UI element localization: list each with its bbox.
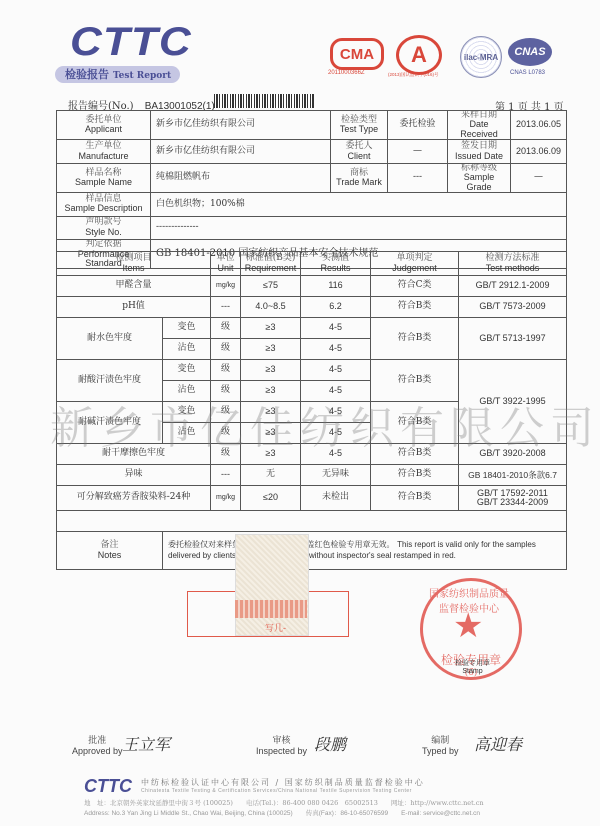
method-cell: GB/T 3922-1995	[459, 360, 567, 444]
manufacture-label: 生产单位Manufacture	[57, 140, 151, 164]
sample-name-value: 纯棉阻燃帆布	[151, 163, 331, 192]
unit-cell: 级	[211, 444, 241, 465]
requirement-cell: ≥3	[241, 423, 301, 444]
cnas-caption: CNAS L0783	[510, 70, 545, 76]
result-cell: 116	[301, 276, 371, 297]
footer-cttc-logo: CTTC	[84, 776, 132, 797]
header-items: 检测项目Items	[57, 252, 211, 276]
judgement-cell: 符合B类	[371, 465, 459, 486]
table-row: 样品信息Sample Description 白色机织物；100%棉	[57, 193, 567, 217]
sample-description-value: 白色机织物；100%棉	[151, 193, 567, 217]
judgement-cell: 符合C类	[371, 276, 459, 297]
judgement-cell: 符合B类	[371, 444, 459, 465]
typed-signature: 高迎春	[474, 732, 522, 755]
sub-item: 变色	[163, 318, 211, 339]
style-no-label: 声明款号Style No.	[57, 216, 151, 240]
result-cell: 无异味	[301, 465, 371, 486]
inspected-by-label: 审核Inspected by	[256, 733, 307, 756]
report-title-cn: 检验报告	[65, 68, 109, 81]
client-value: —	[388, 140, 448, 164]
sub-item: 沾色	[163, 339, 211, 360]
table-row: 可分解致癌芳香胺染料-24种 mg/kg ≤20 未检出 符合B类 GB/T 1…	[57, 486, 567, 511]
judgement-cell: 符合B类	[371, 402, 459, 444]
ilac-mra-seal-icon: ilac-MRA	[460, 36, 502, 78]
sample-grade-label: 标称等级Sample Grade	[448, 163, 511, 192]
item-ph: pH值	[57, 297, 211, 318]
requirement-cell: ≥3	[241, 402, 301, 423]
requirement-cell: 4.0~8.5	[241, 297, 301, 318]
fabric-sample-label-band	[235, 600, 307, 618]
method-cell: GB 18401-2010条款6.7	[459, 465, 567, 486]
cnas-seal-icon: CNAS	[508, 38, 552, 66]
sub-item: 变色	[163, 402, 211, 423]
table-row: 异味 --- 无 无异味 符合B类 GB 18401-2010条款6.7	[57, 465, 567, 486]
unit-cell: mg/kg	[211, 276, 241, 297]
unit-cell: 级	[211, 423, 241, 444]
requirement-cell: 无	[241, 465, 301, 486]
requirement-cell: ≤75	[241, 276, 301, 297]
typed-by-label: 编制Typed by	[422, 733, 459, 756]
requirement-cell: ≥3	[241, 381, 301, 402]
tag-handwriting: 写几-	[265, 621, 286, 634]
result-cell: 未检出	[301, 486, 371, 511]
item-water-fastness: 耐水色牢度	[57, 318, 163, 360]
table-row: 耐酸汗渍色牢度 变色 级 ≥3 4-5 符合B类 GB/T 3922-1995	[57, 360, 567, 381]
footer-address-cn: 地 址：北京朝外英家坟延静里中街３号 (100025) 电话(Tel.)：86-…	[84, 798, 484, 807]
sample-photo-row	[57, 511, 567, 532]
item-formaldehyde: 甲醛含量	[57, 276, 211, 297]
method-cell: GB/T 5713-1997	[459, 318, 567, 360]
item-acid-perspiration: 耐酸汗渍色牢度	[57, 360, 163, 402]
trade-mark-label: 商标Trade Mark	[331, 163, 388, 192]
requirement-cell: ≥3	[241, 360, 301, 381]
star-icon: ★	[453, 609, 483, 643]
footer-address-en: Address: No.3 Yan Jing Li Middle St., Ch…	[84, 808, 480, 817]
notes-text: 委托检验仅对来样负责,复印件未重新加盖红色检验专用章无效。 This repor…	[163, 532, 567, 570]
item-odor: 异味	[57, 465, 211, 486]
report-title-en: Test Report	[113, 71, 171, 81]
test-type-label: 检验类型Test Type	[331, 111, 388, 140]
requirement-cell: ≥3	[241, 318, 301, 339]
item-alkali-perspiration: 耐碱汗渍色牢度	[57, 402, 163, 444]
barcode	[214, 94, 314, 108]
notes-row: 备注Notes 委托检验仅对来样负责,复印件未重新加盖红色检验专用章无效。 Th…	[57, 532, 567, 570]
sample-name-label: 样品名称Sample Name	[57, 163, 151, 192]
footer-org-cn: 中纺标检验认证中心有限公司 / 国家纺织制品质量监督检验中心	[141, 777, 425, 788]
sample-area	[57, 511, 567, 532]
table-row: 样品名称Sample Name 纯棉阻燃帆布 商标Trade Mark --- …	[57, 163, 567, 192]
item-azo-dyes: 可分解致癌芳香胺染料-24种	[57, 486, 211, 511]
unit-cell: 级	[211, 381, 241, 402]
manufacture-value: 新乡市亿佳纺织有限公司	[151, 140, 331, 164]
item-dry-rubbing: 耐干摩擦色牢度	[57, 444, 211, 465]
result-cell: 4-5	[301, 402, 371, 423]
table-row: 耐水色牢度 变色 级 ≥3 4-5 符合B类 GB/T 5713-1997	[57, 318, 567, 339]
unit-cell: 级	[211, 339, 241, 360]
result-cell: 4-5	[301, 381, 371, 402]
unit-cell: 级	[211, 402, 241, 423]
style-no-value: --------------	[151, 216, 567, 240]
result-cell: 4-5	[301, 339, 371, 360]
header-requirement: 标准值(B类)Requirement	[241, 252, 301, 276]
requirement-cell: ≤20	[241, 486, 301, 511]
notes-label: 备注Notes	[57, 532, 163, 570]
result-cell: 4-5	[301, 360, 371, 381]
cal-caption: (2013)国认监认字(016)号	[388, 72, 439, 78]
table-row: pH值 --- 4.0~8.5 6.2 符合B类 GB/T 7573-2009	[57, 297, 567, 318]
date-received-value: 2013.06.05	[511, 111, 567, 140]
method-cell: GB/T 3920-2008	[459, 444, 567, 465]
sub-item: 变色	[163, 360, 211, 381]
result-cell: 6.2	[301, 297, 371, 318]
applicant-label: 委托单位Applicant	[57, 111, 151, 140]
method-cell: GB/T 2912.1-2009	[459, 276, 567, 297]
cma-seal-icon: CMA	[330, 38, 384, 70]
unit-cell: ---	[211, 297, 241, 318]
approved-by-label: 批准Approved by	[72, 733, 123, 756]
requirement-cell: ≥3	[241, 444, 301, 465]
method-cell: GB/T 17592-2011GB/T 23344-2009	[459, 486, 567, 511]
test-results-table: 检测项目Items 单位Unit 标准值(B类)Requirement 实测值R…	[56, 251, 567, 570]
client-label: 委托人Client	[331, 140, 388, 164]
method-cell: GB/T 7573-2009	[459, 297, 567, 318]
table-row: 生产单位Manufacture 新乡市亿佳纺织有限公司 委托人Client — …	[57, 140, 567, 164]
applicant-value: 新乡市亿佳纺织有限公司	[151, 111, 331, 140]
sub-item: 沾色	[163, 381, 211, 402]
judgement-cell: 符合B类	[371, 360, 459, 402]
cma-caption: 2011000366Z	[328, 70, 365, 76]
unit-cell: 级	[211, 318, 241, 339]
issued-date-label: 签发日期Issued Date	[448, 140, 511, 164]
judgement-cell: 符合B类	[371, 318, 459, 360]
judgement-cell: 符合B类	[371, 486, 459, 511]
inspected-signature: 段鹏	[314, 732, 346, 755]
header-unit: 单位Unit	[211, 252, 241, 276]
result-cell: 4-5	[301, 444, 371, 465]
footer-org-en: Chinatesta Textile Testing & Certificati…	[141, 788, 412, 794]
table-row: 声明款号Style No. --------------	[57, 216, 567, 240]
unit-cell: mg/kg	[211, 486, 241, 511]
table-row: 委托单位Applicant 新乡市亿佳纺织有限公司 检验类型Test Type …	[57, 111, 567, 140]
table-header-row: 检测项目Items 单位Unit 标准值(B类)Requirement 实测值R…	[57, 252, 567, 276]
trade-mark-value: ---	[388, 163, 448, 192]
result-cell: 4-5	[301, 423, 371, 444]
result-cell: 4-5	[301, 318, 371, 339]
sample-description-label: 样品信息Sample Description	[57, 193, 151, 217]
issued-date-value: 2013.06.09	[511, 140, 567, 164]
stamp-label: 检验专用章Stamp	[455, 658, 490, 675]
header-methods: 检测方法标准Test methods	[459, 252, 567, 276]
sub-item: 沾色	[163, 423, 211, 444]
cttc-logo: CTTC	[70, 20, 192, 65]
table-row: 耐干摩擦色牢度 级 ≥3 4-5 符合B类 GB/T 3920-2008	[57, 444, 567, 465]
requirement-cell: ≥3	[241, 339, 301, 360]
sample-info-table: 委托单位Applicant 新乡市亿佳纺织有限公司 检验类型Test Type …	[56, 110, 567, 269]
test-type-value: 委托检验	[388, 111, 448, 140]
approved-signature: 王立军	[122, 732, 170, 755]
report-title-badge: 检验报告Test Report	[55, 66, 180, 83]
cal-seal-icon: A	[396, 35, 442, 75]
header-judgement: 单项判定Judgement	[371, 252, 459, 276]
unit-cell: ---	[211, 465, 241, 486]
date-received-label: 来样日期Date Received	[448, 111, 511, 140]
table-row: 甲醛含量 mg/kg ≤75 116 符合C类 GB/T 2912.1-2009	[57, 276, 567, 297]
unit-cell: 级	[211, 360, 241, 381]
judgement-cell: 符合B类	[371, 297, 459, 318]
header-results: 实测值Results	[301, 252, 371, 276]
sample-grade-value: —	[511, 163, 567, 192]
